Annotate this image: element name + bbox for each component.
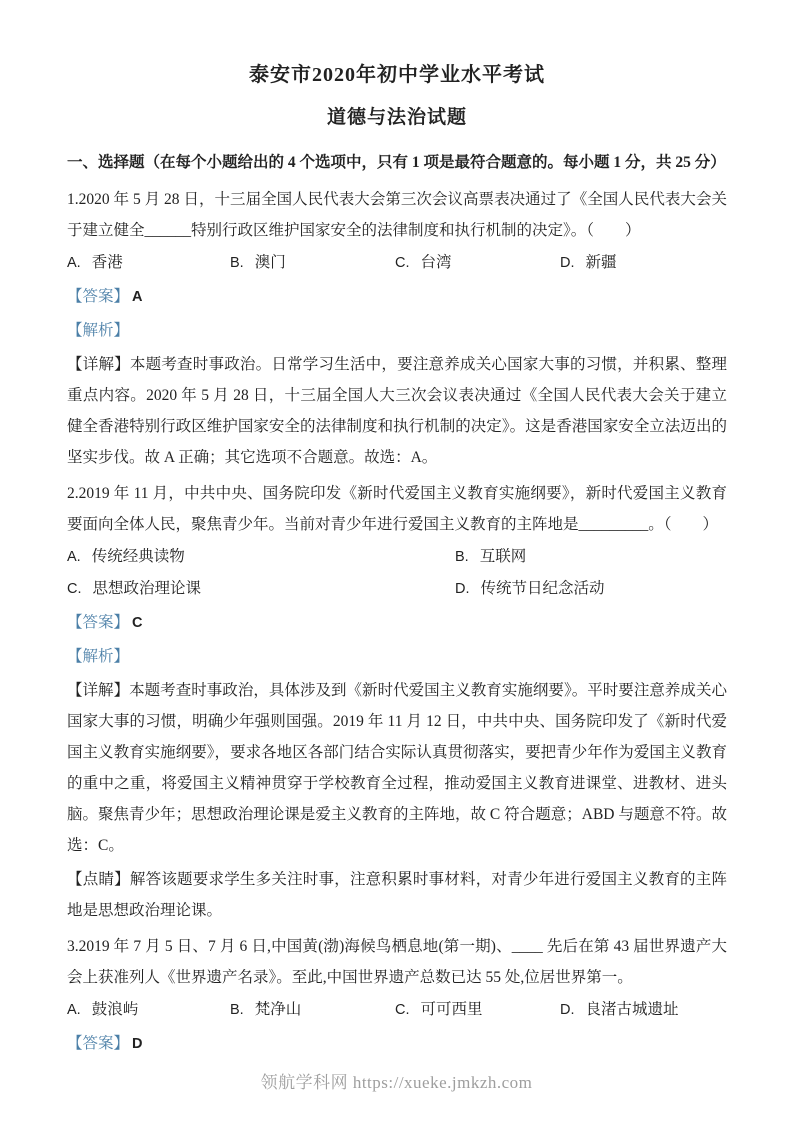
option-text: 鼓浪屿 bbox=[92, 1001, 139, 1018]
question-1-option-c: C.台湾 bbox=[395, 247, 560, 279]
question-2-option-d: D.传统节日纪念活动 bbox=[455, 573, 727, 605]
analysis-label: 【解析】 bbox=[67, 648, 129, 665]
question-1-option-b: B.澳门 bbox=[230, 247, 395, 279]
page-title: 泰安市2020年初中学业水平考试 bbox=[67, 62, 727, 88]
option-text: 梵净山 bbox=[255, 1001, 302, 1018]
document-content: 泰安市2020年初中学业水平考试 道德与法治试题 一、选择题（在每个小题给出的 … bbox=[0, 0, 793, 1060]
option-text: 传统节日纪念活动 bbox=[481, 580, 605, 597]
option-letter: B. bbox=[230, 1002, 244, 1018]
option-text: 台湾 bbox=[421, 254, 452, 271]
answer-value: A bbox=[132, 289, 142, 305]
question-2-analysis-line: 【解析】 bbox=[67, 641, 727, 672]
option-text: 香港 bbox=[92, 254, 123, 271]
question-1: 1.2020 年 5 月 28 日，十三届全国人民代表大会第三次会议高票表决通过… bbox=[67, 184, 727, 473]
question-1-answer-line: 【答案】A bbox=[67, 281, 727, 313]
analysis-label: 【解析】 bbox=[67, 322, 129, 339]
option-text: 可可西里 bbox=[421, 1001, 483, 1018]
answer-label: 【答案】 bbox=[67, 1035, 129, 1052]
question-1-options: A.香港 B.澳门 C.台湾 D.新疆 bbox=[67, 247, 727, 279]
question-1-option-d: D.新疆 bbox=[560, 247, 727, 279]
question-2-option-a: A.传统经典读物 bbox=[67, 541, 455, 573]
question-3-options: A.鼓浪屿 B.梵净山 C.可可西里 D.良渚古城遗址 bbox=[67, 994, 727, 1026]
question-2: 2.2019 年 11 月，中共中央、国务院印发《新时代爱国主义教育实施纲要》，… bbox=[67, 478, 727, 926]
option-text: 传统经典读物 bbox=[92, 548, 185, 565]
option-text: 良渚古城遗址 bbox=[586, 1001, 679, 1018]
question-2-stem: 2.2019 年 11 月，中共中央、国务院印发《新时代爱国主义教育实施纲要》，… bbox=[67, 478, 727, 540]
watermark: 领航学科网 https://xueke.jmkzh.com bbox=[0, 1072, 793, 1094]
question-1-stem: 1.2020 年 5 月 28 日，十三届全国人民代表大会第三次会议高票表决通过… bbox=[67, 184, 727, 246]
page-subtitle: 道德与法治试题 bbox=[67, 105, 727, 131]
question-2-option-b: B.互联网 bbox=[455, 541, 727, 573]
question-2-detail: 【详解】本题考查时事政治，具体涉及到《新时代爱国主义教育实施纲要》。平时要注意养… bbox=[67, 675, 727, 861]
option-text: 思想政治理论课 bbox=[93, 580, 202, 597]
option-letter: D. bbox=[455, 581, 470, 597]
option-letter: C. bbox=[395, 1002, 410, 1018]
question-1-analysis-line: 【解析】 bbox=[67, 315, 727, 346]
question-3-option-c: C.可可西里 bbox=[395, 994, 560, 1026]
question-3-option-b: B.梵净山 bbox=[230, 994, 395, 1026]
option-text: 互联网 bbox=[480, 548, 527, 565]
question-2-highlight: 【点睛】解答该题要求学生多关注时事，注意积累时事材料，对青少年进行爱国主义教育的… bbox=[67, 864, 727, 926]
option-letter: A. bbox=[67, 549, 81, 565]
answer-value: D bbox=[132, 1036, 142, 1052]
question-2-answer-line: 【答案】C bbox=[67, 607, 727, 639]
exam-document-page: 泰安市2020年初中学业水平考试 道德与法治试题 一、选择题（在每个小题给出的 … bbox=[0, 0, 793, 1122]
option-letter: B. bbox=[455, 549, 469, 565]
answer-value: C bbox=[132, 615, 142, 631]
question-1-detail: 【详解】本题考查时事政治。日常学习生活中，要注意养成关心国家大事的习惯，并积累、… bbox=[67, 349, 727, 473]
option-letter: D. bbox=[560, 255, 575, 271]
question-3-option-a: A.鼓浪屿 bbox=[67, 994, 230, 1026]
answer-label: 【答案】 bbox=[67, 614, 129, 631]
option-text: 澳门 bbox=[255, 254, 286, 271]
section-heading: 一、选择题（在每个小题给出的 4 个选项中，只有 1 项是最符合题意的。每小题 … bbox=[67, 147, 727, 178]
option-letter: D. bbox=[560, 1002, 575, 1018]
question-3-answer-line: 【答案】D bbox=[67, 1028, 727, 1060]
question-2-options: A.传统经典读物 B.互联网 C.思想政治理论课 D.传统节日纪念活动 bbox=[67, 541, 727, 605]
option-letter: C. bbox=[67, 581, 82, 597]
question-3: 3.2019 年 7 月 5 日、7 月 6 日,中国黄(渤)海候鸟栖息地(第一… bbox=[67, 931, 727, 1060]
question-3-option-d: D.良渚古城遗址 bbox=[560, 994, 727, 1026]
option-letter: C. bbox=[395, 255, 410, 271]
answer-label: 【答案】 bbox=[67, 288, 129, 305]
option-letter: A. bbox=[67, 1002, 81, 1018]
question-1-option-a: A.香港 bbox=[67, 247, 230, 279]
option-letter: B. bbox=[230, 255, 244, 271]
option-text: 新疆 bbox=[586, 254, 617, 271]
question-2-option-c: C.思想政治理论课 bbox=[67, 573, 455, 605]
option-letter: A. bbox=[67, 255, 81, 271]
question-3-stem: 3.2019 年 7 月 5 日、7 月 6 日,中国黄(渤)海候鸟栖息地(第一… bbox=[67, 931, 727, 993]
